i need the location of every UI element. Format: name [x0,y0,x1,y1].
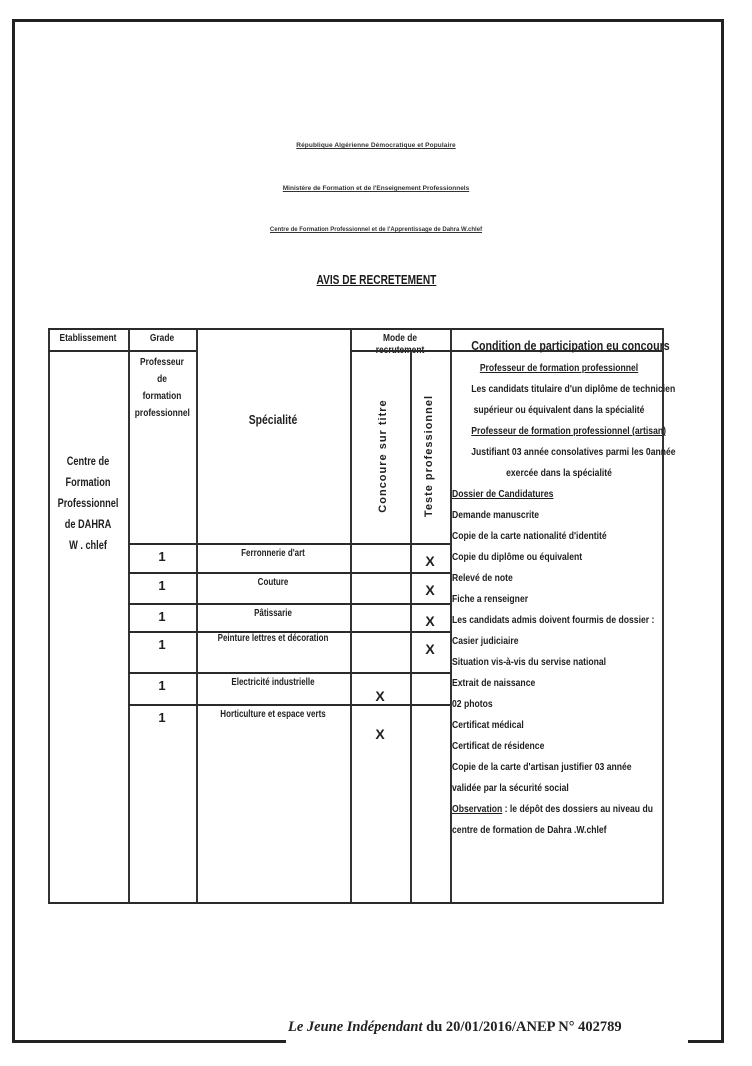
row-count: 1 [128,637,196,652]
condition-line: exercée dans la spécialité [471,463,646,484]
grid-hline [48,350,196,352]
header-grade: Grade [135,332,189,344]
document-title: AVIS DE RECRETEMENT [83,272,670,287]
header-condition: Condition de participation eu concours [471,334,646,358]
row-specialite: Pâtissarie [211,608,334,619]
publication-reference: du 20/01/2016/ANEP N° 402789 [423,1019,622,1035]
condition-line: Les candidats admis doivent fourmis de d… [452,610,627,631]
condition-line: 02 photos [452,694,627,715]
header-republic: République Algérienne Démocratique et Po… [0,142,752,149]
grid-vline [350,328,352,904]
header-teste-professionnel: Teste professionnel [423,391,435,521]
grid-hline [350,350,450,352]
condition-line: Professeur de formation professionnel [471,358,646,379]
condition-line: Copie de la carte nationalité d'identité [452,526,627,547]
condition-line: Casier judiciaire [452,631,627,652]
etablissement-line: Formation [56,473,120,494]
header-centre: Centre de Formation Professionnel et de … [0,227,752,233]
grid-vline [128,328,130,904]
header-etablissement: Etablissement [56,332,120,344]
row-concours-mark: X [350,688,410,704]
grid-hline [128,704,450,706]
condition-line: Situation vis-à-vis du servise national [452,652,627,673]
row-concours-mark: X [350,726,410,742]
etablissement-line: Professionnel [56,494,120,515]
conditions-column: Condition de participation eu concours P… [452,334,666,841]
row-specialite: Horticulture et espace verts [211,709,334,720]
row-teste-mark: X [410,553,450,569]
frame-border-right [721,19,724,1043]
row-count: 1 [128,710,196,725]
grid-hline [48,902,662,904]
frame-border-bottom-right [688,1040,724,1043]
row-teste-mark: X [410,641,450,657]
header-concours-sur-titre: Concoure sur titre [377,391,389,521]
grid-hline [48,328,662,330]
frame-border-left [12,19,15,1043]
frame-border-bottom-left [12,1040,286,1043]
newspaper-name: Le Jeune Indépendant [288,1019,423,1035]
row-count: 1 [128,549,196,564]
condition-line: Copie du diplôme ou équivalent [452,547,627,568]
grade-line: formation [135,388,189,405]
header-ministry: Ministère de Formation et de l'Enseignem… [0,185,752,192]
grid-hline [128,603,450,605]
grid-hline [128,672,450,674]
row-specialite: Couture [211,577,334,588]
grid-vline [48,328,50,904]
row-teste-mark: X [410,613,450,629]
grade-label: Professeur deformationprofessionnel [135,354,189,422]
condition-line: Fiche a renseigner [452,589,627,610]
grid-hline [128,631,450,633]
condition-line: Justifiant 03 année consolatives parmi l… [471,442,646,463]
row-specialite: Ferronnerie d'art [211,548,334,559]
header-specialite: Spécialité [211,412,334,427]
grid-hline [128,543,450,545]
row-count: 1 [128,609,196,624]
etablissement-value: Centre deFormationProfessionnelde DAHRAW… [56,452,120,557]
condition-line: Certificat médical [452,715,627,736]
condition-line: Relevé de note [452,568,627,589]
grid-vline [196,328,198,904]
condition-line: Certificat de résidence [452,736,627,757]
row-teste-mark: X [410,582,450,598]
grade-line: Professeur de [135,354,189,388]
etablissement-line: W . chlef [56,536,120,557]
condition-line: Dossier de Candidatures [452,484,627,505]
condition-line: Professeur de formation professionnel (a… [471,421,646,442]
etablissement-line: de DAHRA [56,515,120,536]
condition-line: Demande manuscrite [452,505,627,526]
publication-footer: Le Jeune Indépendant du 20/01/2016/ANEP … [288,1019,688,1036]
header-mode-recrutement: Mode de recrutement [360,332,440,356]
grade-line: professionnel [135,405,189,422]
frame-border-top [12,19,724,22]
condition-line: Observation : le dépôt des dossiers au n… [452,799,627,820]
condition-line: centre de formation de Dahra .W.chlef [452,820,627,841]
condition-line: validée par la sécurité social [452,778,627,799]
grid-hline [128,572,450,574]
etablissement-line: Centre de [56,452,120,473]
row-count: 1 [128,578,196,593]
row-count: 1 [128,678,196,693]
row-specialite: Peinture lettres et décoration [211,633,334,644]
condition-line: Les candidats titulaire d'un diplôme de … [471,379,646,400]
condition-line: Extrait de naissance [452,673,627,694]
condition-line: Copie de la carte d'artisan justifier 03… [452,757,627,778]
grid-vline [410,350,412,904]
condition-line: supérieur ou équivalent dans la spéciali… [471,400,646,421]
row-specialite: Electricité industrielle [211,677,334,688]
